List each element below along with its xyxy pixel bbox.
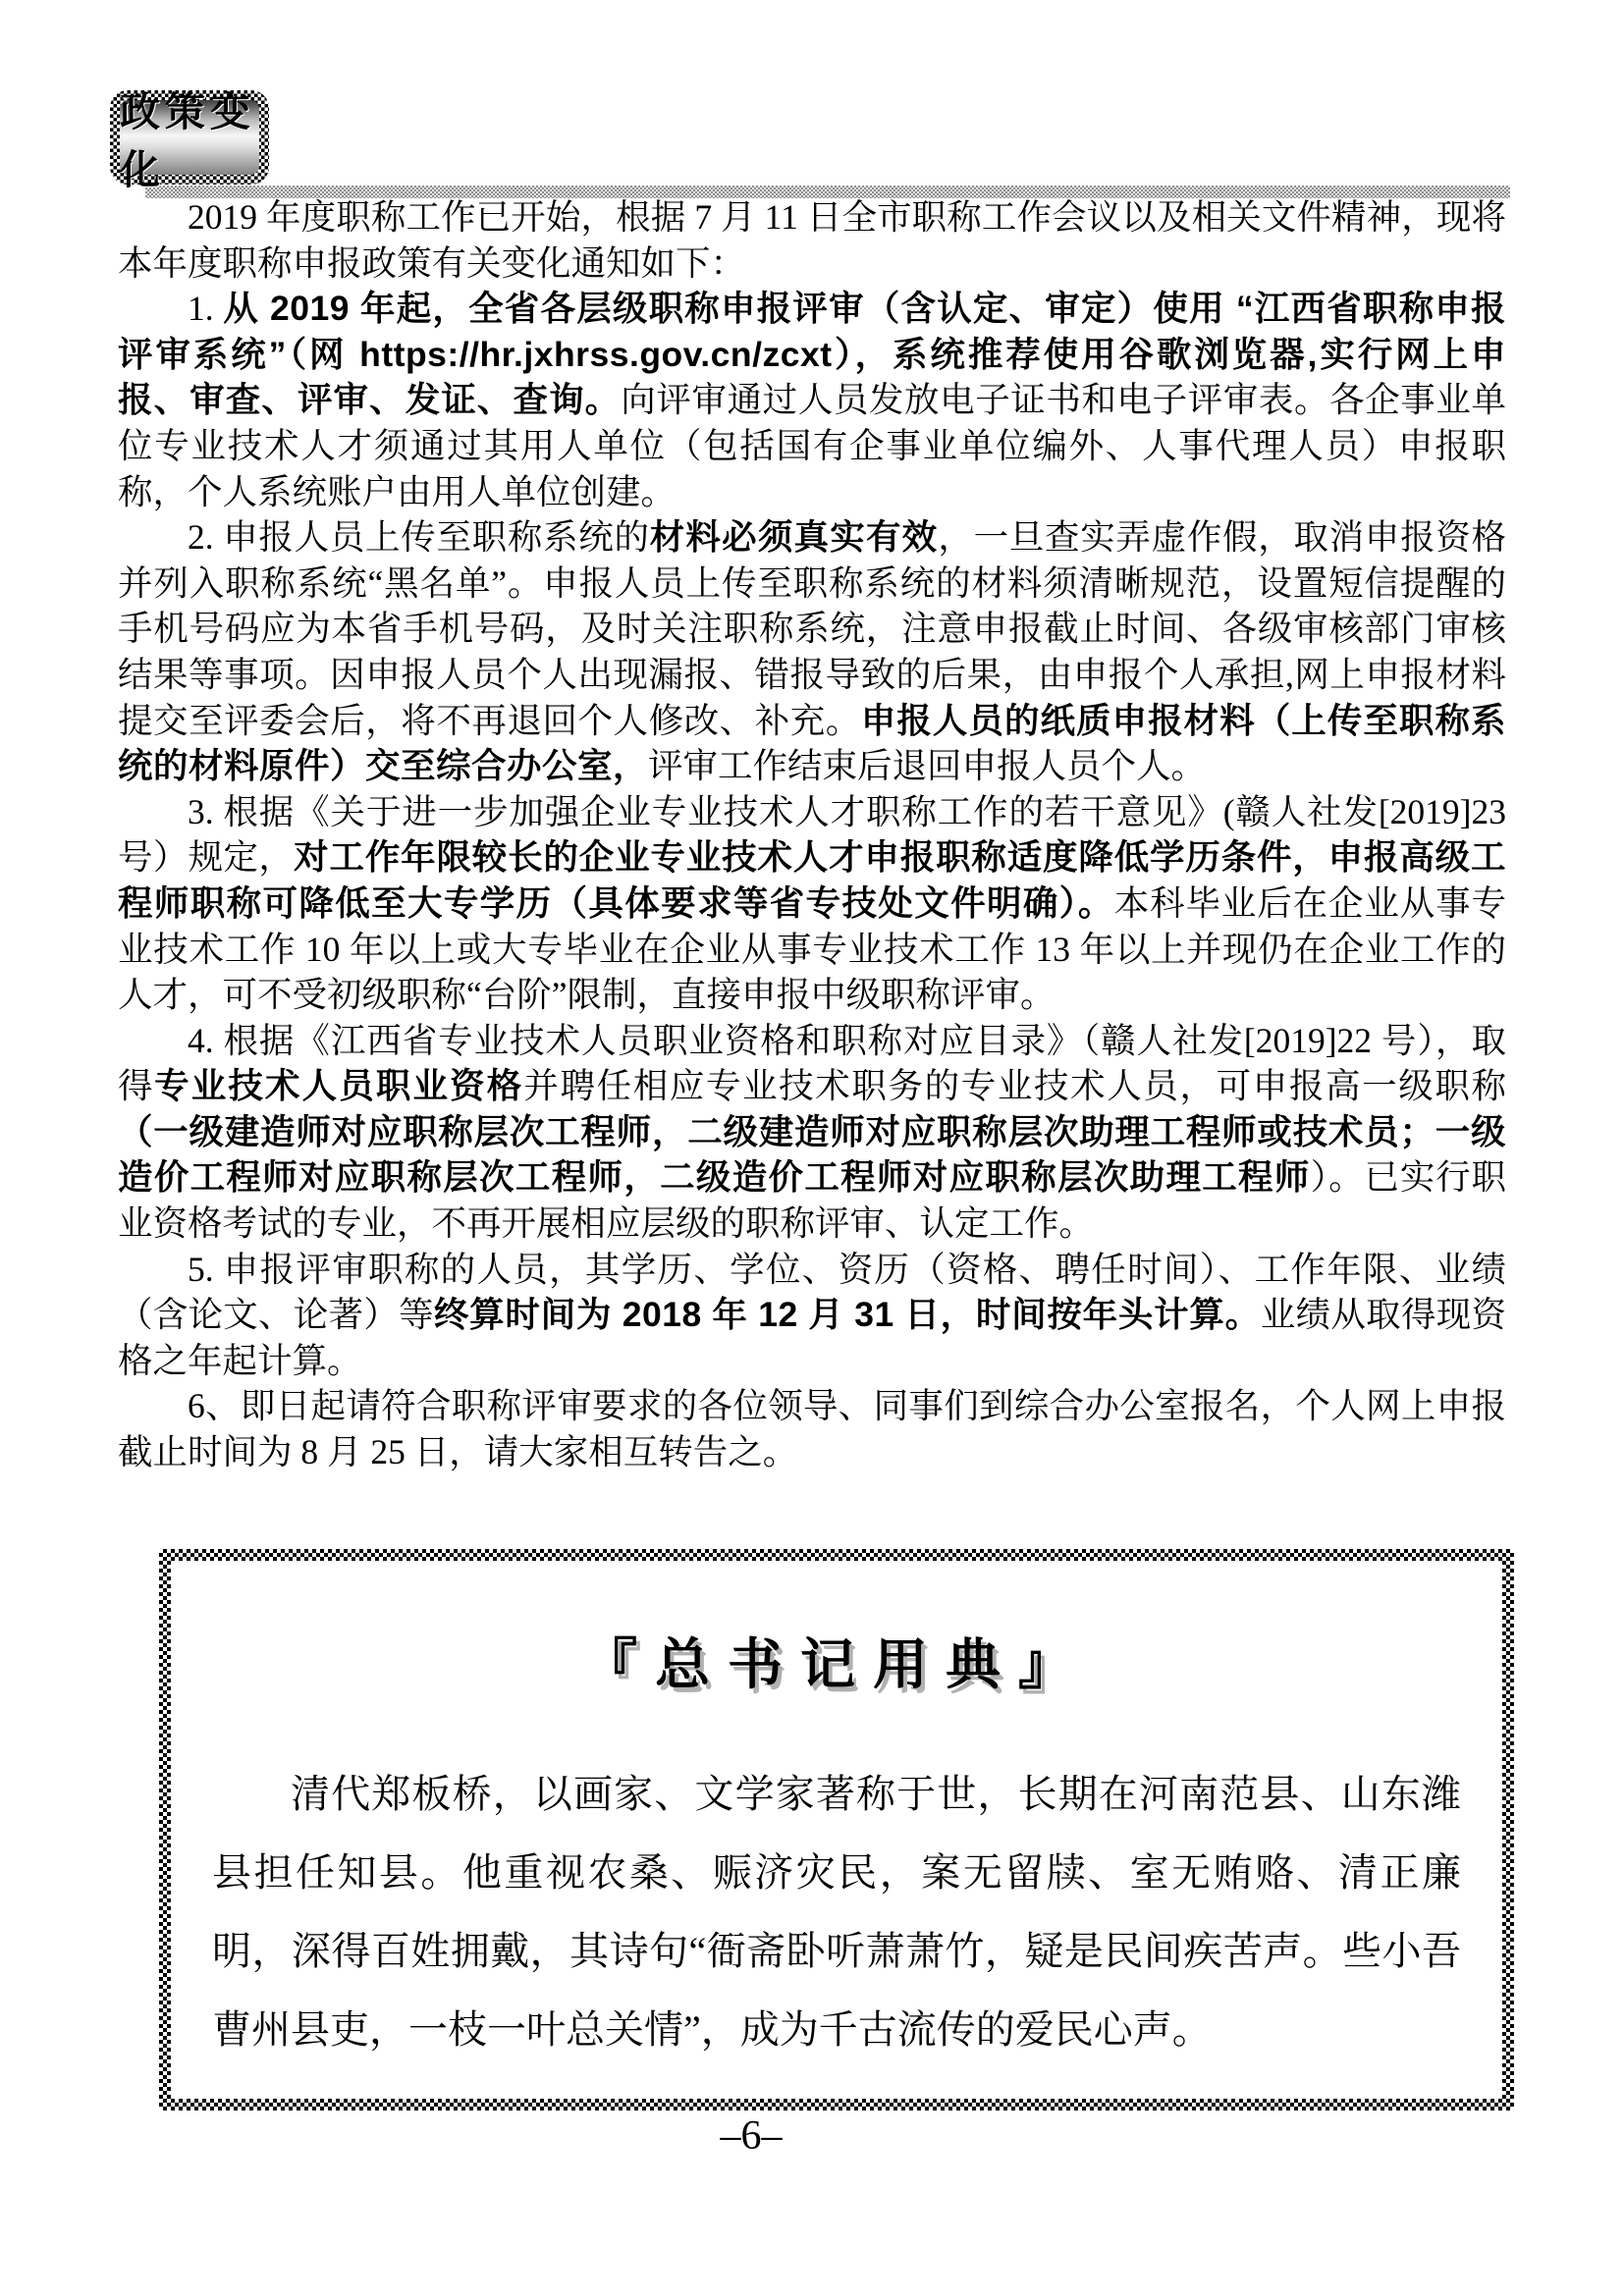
text-segment: 评审工作结束后退回申报人员个人。 xyxy=(648,746,1206,785)
body-paragraph: 2. 申报人员上传至职称系统的材料必须真实有效，一旦查实弄虚作假，取消申报资格并… xyxy=(118,514,1506,789)
body-paragraph: 2019 年度职称工作已开始，根据 7 月 11 日全市职称工作会议以及相关文件… xyxy=(118,194,1506,286)
quote-box-text: 清代郑板桥，以画家、文学家著称于世，长期在河南范县、山东潍县担任知县。他重视农桑… xyxy=(198,1755,1475,2069)
bold-text-segment: 专业技术人员职业资格 xyxy=(154,1066,523,1105)
body-paragraph: 4. 根据《江西省专业技术人员职业资格和职称对应目录》（赣人社发[2019]22… xyxy=(118,1018,1506,1247)
text-segment: 6、即日起请符合职称评审要求的各位领导、同事们到综合办公室报名，个人网上申报截止… xyxy=(118,1386,1506,1471)
text-segment: 2019 年度职称工作已开始，根据 7 月 11 日全市职称工作会议以及相关文件… xyxy=(118,197,1506,283)
body-paragraph: 1. 从 2019 年起，全省各层级职称申报评审（含认定、审定）使用 “江西省职… xyxy=(118,286,1506,514)
page-number: –6– xyxy=(0,2112,1502,2160)
text-segment: 并聘任相应专业技术职务的专业技术人员，可申报高一级职称 xyxy=(523,1066,1506,1105)
bold-text-segment: 终算时间为 2018 年 12 月 31 日，时间按年头计算。 xyxy=(434,1295,1261,1334)
header-divider-bar xyxy=(145,186,1510,198)
text-segment: 2. 申报人员上传至职称系统的 xyxy=(188,517,650,557)
bold-text-segment: 材料必须真实有效 xyxy=(650,517,939,557)
body-paragraph: 6、即日起请符合职称评审要求的各位领导、同事们到综合办公室报名，个人网上申报截止… xyxy=(118,1383,1506,1474)
body-paragraph: 5. 申报评审职称的人员，其学历、学位、资历（资格、聘任时间）、工作年限、业绩（… xyxy=(118,1247,1506,1384)
document-page: 政策变化 2019 年度职称工作已开始，根据 7 月 11 日全市职称工作会议以… xyxy=(0,0,1624,2296)
quote-box-title: 『总书记用典』 xyxy=(198,1622,1475,1700)
body-paragraphs: 2019 年度职称工作已开始，根据 7 月 11 日全市职称工作会议以及相关文件… xyxy=(118,194,1506,1475)
quote-box: 『总书记用典』 清代郑板桥，以画家、文学家著称于世，长期在河南范县、山东潍县担任… xyxy=(159,1549,1514,2110)
bold-text-segment: （一级建造师对应职称层次工程师，二级建造师对应职称层次助理工程师或技术员；一级造… xyxy=(118,1112,1506,1198)
text-segment: 1. xyxy=(188,289,223,328)
body-paragraph: 3. 根据《关于进一步加强企业专业技术人才职称工作的若干意见》(赣人社发[201… xyxy=(118,789,1506,1018)
section-badge-label: 政策变化 xyxy=(120,100,259,175)
quote-box-inner: 『总书记用典』 清代郑板桥，以画家、文学家著称于世，长期在河南范县、山东潍县担任… xyxy=(171,1561,1502,2099)
section-badge: 政策变化 xyxy=(110,90,269,185)
